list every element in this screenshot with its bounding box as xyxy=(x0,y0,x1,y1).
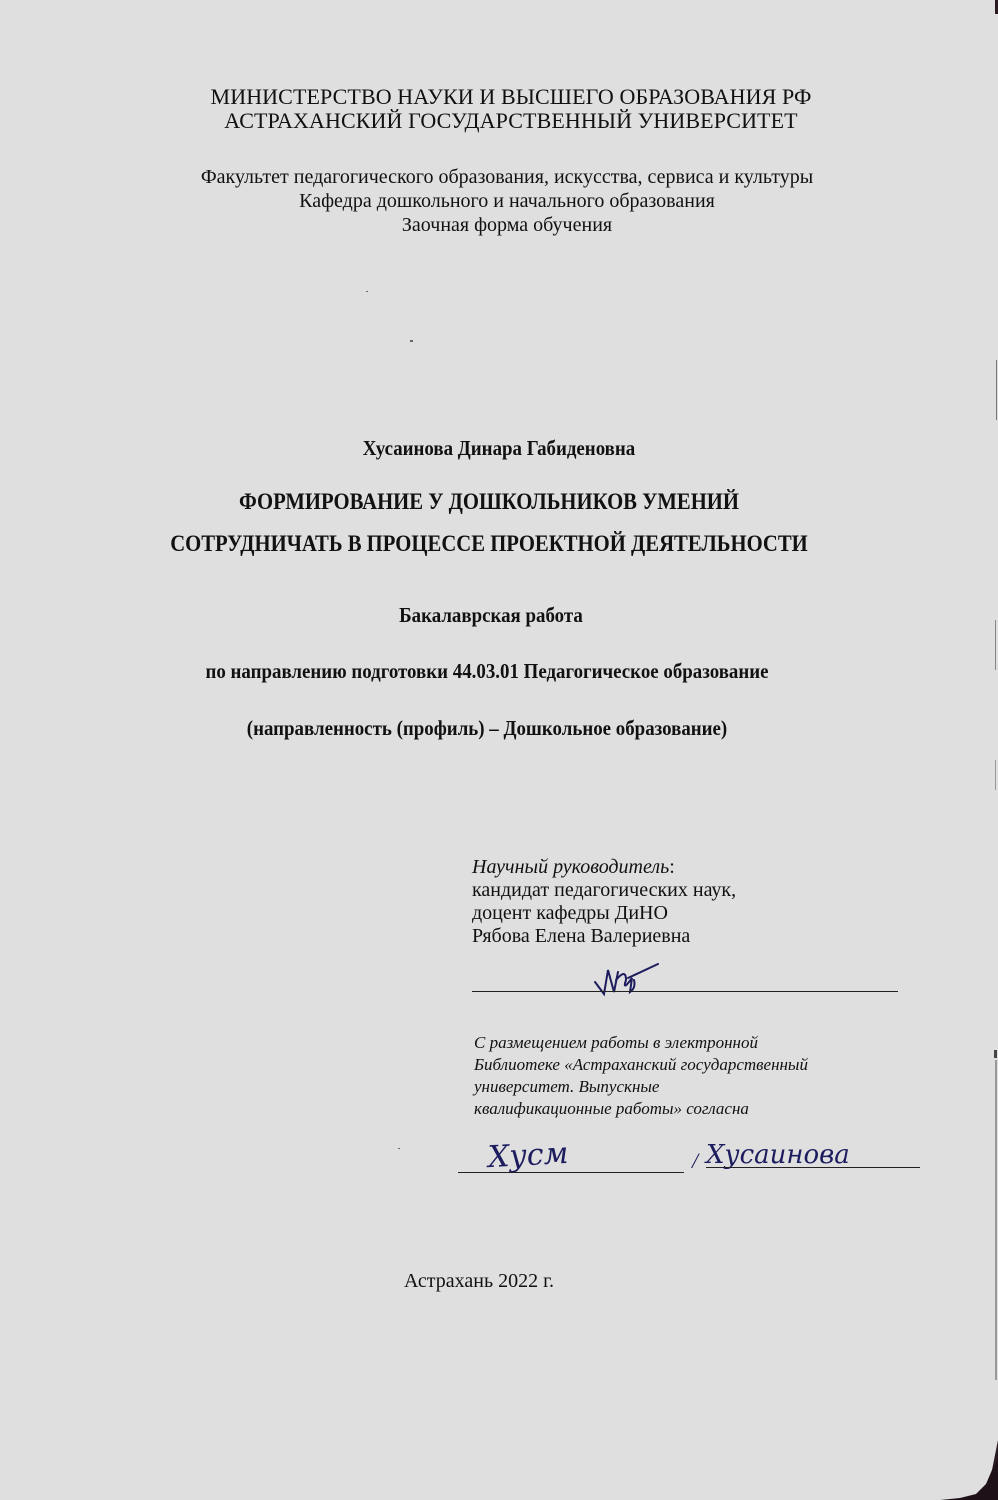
supervisor-label-row: Научный руководитель: xyxy=(472,856,736,879)
supervisor-degree: кандидат педагогических наук, xyxy=(472,879,736,902)
city-year: Астрахань 2022 г. xyxy=(0,1270,978,1293)
thesis-title-line-1: ФОРМИРОВАНИЕ У ДОШКОЛЬНИКОВ УМЕНИЙ xyxy=(40,482,938,522)
signature-separator: / xyxy=(692,1148,698,1174)
author-name: Хусаинова Динара Габиденовна xyxy=(50,436,948,461)
consent-line-3: университет. Выпускные xyxy=(474,1076,808,1098)
supervisor-position: доцент кафедры ДиНО xyxy=(472,902,736,925)
faculty-name: Факультет педагогического образования, и… xyxy=(8,165,998,189)
student-signature-line-right xyxy=(706,1167,920,1168)
supervisor-label: Научный руководитель xyxy=(472,856,669,878)
library-consent-block: С размещением работы в электронной Библи… xyxy=(474,1032,808,1120)
supervisor-signature-icon xyxy=(592,962,662,998)
ministry-name: МИНИСТЕРСТВО НАУКИ И ВЫСШЕГО ОБРАЗОВАНИЯ… xyxy=(12,84,998,110)
student-signature-full: Хусаинова xyxy=(706,1140,850,1170)
study-direction: по направлению подготовки 44.03.01 Педаг… xyxy=(38,659,936,684)
consent-line-2: Библиотеке «Астраханский государственный xyxy=(474,1054,808,1076)
consent-line-4: квалификационные работы» согласна xyxy=(474,1098,808,1120)
consent-line-1: С размещением работы в электронной xyxy=(474,1032,808,1054)
scan-speck xyxy=(366,291,368,292)
scan-speck xyxy=(410,340,413,342)
scan-edge-artifact-icon xyxy=(986,0,998,1500)
supervisor-block: Научный руководитель: кандидат педагогич… xyxy=(472,856,736,948)
supervisor-signature-line xyxy=(472,991,898,992)
scan-speck xyxy=(398,1148,400,1149)
department-name: Кафедра дошкольного и начального образов… xyxy=(8,189,998,213)
study-form: Заочная форма обучения xyxy=(8,213,998,237)
scan-corner-shadow-icon xyxy=(940,1460,998,1500)
university-name: АСТРАХАНСКИЙ ГОСУДАРСТВЕННЫЙ УНИВЕРСИТЕТ xyxy=(12,108,998,134)
supervisor-label-colon: : xyxy=(669,856,675,878)
supervisor-name: Рябова Елена Валериевна xyxy=(472,925,736,948)
student-signature-short: Хусм xyxy=(487,1136,569,1175)
work-type: Бакалаврская работа xyxy=(42,603,940,628)
study-profile: (направленность (профиль) – Дошкольное о… xyxy=(38,716,936,741)
thesis-title-line-2: СОТРУДНИЧАТЬ В ПРОЦЕССЕ ПРОЕКТНОЙ ДЕЯТЕЛ… xyxy=(40,524,938,564)
student-signature-line-left xyxy=(458,1172,684,1173)
